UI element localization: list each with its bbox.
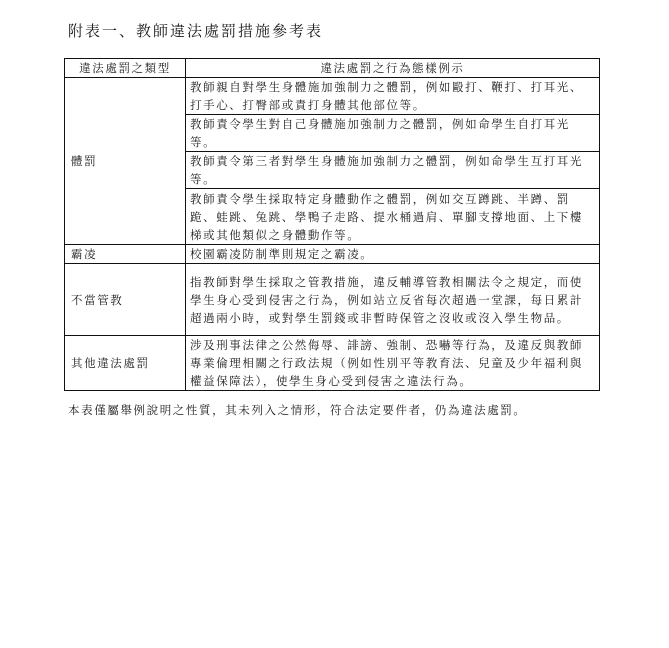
category-cell: 霸凌 bbox=[65, 245, 186, 264]
description-cell: 涉及刑事法律之公然侮辱、誹謗、強制、恐嚇等行為，及違反與教師專業倫理相關之行政法… bbox=[186, 336, 600, 391]
header-description: 違法處罰之行為態樣例示 bbox=[186, 59, 600, 78]
category-cell: 體罰 bbox=[65, 78, 186, 245]
reference-table: 違法處罰之類型 違法處罰之行為態樣例示 體罰 教師親自對學生身體施加強制力之體罰… bbox=[64, 58, 600, 391]
category-cell: 不當管教 bbox=[65, 264, 186, 336]
header-category: 違法處罰之類型 bbox=[65, 59, 186, 78]
table-header-row: 違法處罰之類型 違法處罰之行為態樣例示 bbox=[65, 59, 600, 78]
description-cell: 教師責令第三者對學生身體施加強制力之體罰，例如命學生互打耳光等。 bbox=[186, 152, 600, 189]
table-row: 霸凌 校園霸凌防制準則規定之霸凌。 bbox=[65, 245, 600, 264]
table-row: 其他違法處罰 涉及刑事法律之公然侮辱、誹謗、強制、恐嚇等行為，及違反與教師專業倫… bbox=[65, 336, 600, 391]
document-title: 附表一、教師違法處罰措施參考表 bbox=[68, 20, 323, 41]
category-cell: 其他違法處罰 bbox=[65, 336, 186, 391]
description-cell: 校園霸凌防制準則規定之霸凌。 bbox=[186, 245, 600, 264]
footnote: 本表僅屬舉例說明之性質，其未列入之情形，符合法定要件者，仍為違法處罰。 bbox=[68, 402, 527, 418]
table-row: 體罰 教師親自對學生身體施加強制力之體罰，例如毆打、鞭打、打耳光、打手心、打臀部… bbox=[65, 78, 600, 115]
description-cell: 指教師對學生採取之管教措施，違反輔導管教相關法令之規定，而使學生身心受到侵害之行… bbox=[186, 264, 600, 336]
table-row: 不當管教 指教師對學生採取之管教措施，違反輔導管教相關法令之規定，而使學生身心受… bbox=[65, 264, 600, 336]
description-cell: 教師責令學生對自己身體施加強制力之體罰，例如命學生自打耳光等。 bbox=[186, 115, 600, 152]
description-cell: 教師責令學生採取特定身體動作之體罰，例如交互蹲跳、半蹲、罰跪、蛙跳、兔跳、學鴨子… bbox=[186, 189, 600, 245]
description-cell: 教師親自對學生身體施加強制力之體罰，例如毆打、鞭打、打耳光、打手心、打臀部或責打… bbox=[186, 78, 600, 115]
